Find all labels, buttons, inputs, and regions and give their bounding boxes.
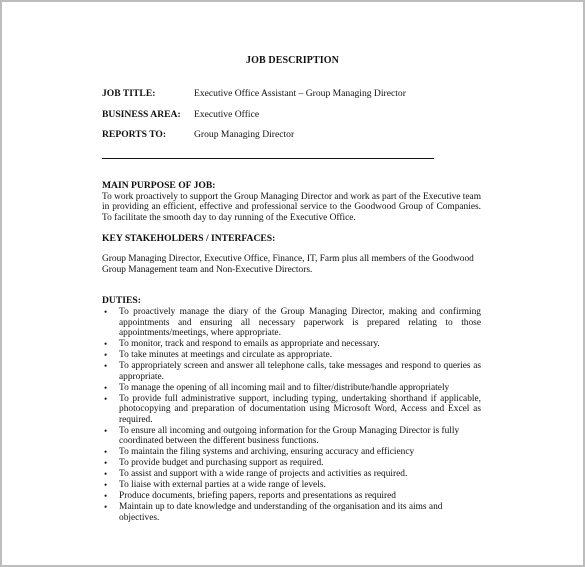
- section-heading: DUTIES:: [102, 296, 481, 307]
- bullet-icon: •: [104, 480, 107, 491]
- list-item: •Produce documents, briefing papers, rep…: [102, 491, 481, 502]
- list-item: •To manage the opening of all incoming m…: [102, 383, 481, 394]
- bullet-icon: •: [104, 426, 107, 437]
- field-value: Executive Office Assistant – Group Manag…: [194, 88, 406, 99]
- section-heading: KEY STAKEHOLDERS / INTERFACES:: [102, 234, 481, 245]
- stakeholders-section: Group Managing Director, Executive Offic…: [102, 254, 481, 275]
- bullet-icon: •: [104, 383, 107, 394]
- list-item: •To provide full administrative support,…: [102, 394, 481, 426]
- bullet-icon: •: [104, 447, 107, 458]
- field-label: JOB TITLE:: [102, 88, 155, 99]
- duties-list: •To proactively manage the diary of the …: [102, 307, 481, 524]
- list-item: •Maintain up to date knowledge and under…: [102, 502, 481, 523]
- horizontal-divider: [102, 158, 434, 159]
- list-item: •To maintain the filing systems and arch…: [102, 447, 481, 458]
- bullet-icon: •: [104, 458, 107, 469]
- duties-heading-block: DUTIES:: [102, 296, 481, 307]
- bullet-icon: •: [104, 307, 107, 318]
- list-item: •To appropriately screen and answer all …: [102, 361, 481, 382]
- bullet-icon: •: [104, 361, 107, 372]
- field-value: Group Managing Director: [194, 129, 294, 140]
- bullet-icon: •: [104, 502, 107, 513]
- list-item: •To take minutes at meetings and circula…: [102, 350, 481, 361]
- bullet-icon: •: [104, 339, 107, 350]
- stakeholders-text: Group Managing Director, Executive Offic…: [102, 254, 481, 275]
- field-value: Executive Office: [194, 109, 259, 120]
- main-purpose-section: MAIN PURPOSE OF JOB: To work proactively…: [102, 181, 481, 223]
- list-item: •To ensure all incoming and outgoing inf…: [102, 426, 481, 447]
- field-label: BUSINESS AREA:: [102, 109, 181, 120]
- bullet-icon: •: [104, 394, 107, 405]
- document-title: JOB DESCRIPTION: [2, 55, 583, 66]
- stakeholders-heading-block: KEY STAKEHOLDERS / INTERFACES:: [102, 234, 481, 245]
- list-item: •To liaise with external parties at a wi…: [102, 480, 481, 491]
- list-item: •To monitor, track and respond to emails…: [102, 339, 481, 350]
- document-page: JOB DESCRIPTION JOB TITLE: Executive Off…: [0, 0, 585, 567]
- bullet-icon: •: [104, 469, 107, 480]
- bullet-icon: •: [104, 491, 107, 502]
- main-purpose-text: To work proactively to support the Group…: [102, 192, 481, 224]
- bullet-icon: •: [104, 350, 107, 361]
- section-heading: MAIN PURPOSE OF JOB:: [102, 181, 481, 192]
- field-label: REPORTS TO:: [102, 129, 166, 140]
- list-item: •To proactively manage the diary of the …: [102, 307, 481, 339]
- list-item: •To provide budget and purchasing suppor…: [102, 458, 481, 469]
- list-item: •To assist and support with a wide range…: [102, 469, 481, 480]
